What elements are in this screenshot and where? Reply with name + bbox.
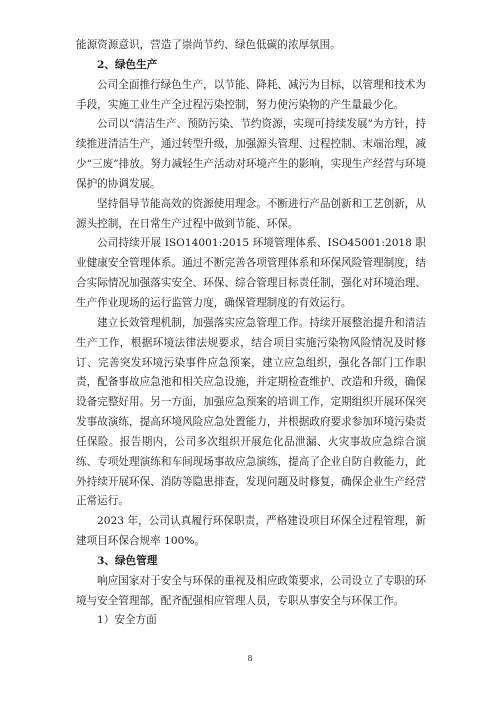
section-heading-green-management: 3、绿色管理: [76, 552, 426, 572]
paragraph-clean-production-policy: 公司以“清洁生产、预防污染、节约资源，实现可持续发展”为方针，持续推进清洁生产，…: [76, 115, 426, 194]
paragraph-2023-compliance: 2023 年，公司认真履行环保职责，严格建设项目环保全过程管理，新建项目环保合规…: [76, 512, 426, 552]
paragraph-safety-department: 响应国家对于安全与环保的重视及相应政策要求，公司设立了专职的环境与安全管理部，配…: [76, 572, 426, 612]
paragraph-iso-management: 公司持续开展 ISO14001:2015 环境管理体系、ISO45001:201…: [76, 234, 426, 313]
document-page: 能源资源意识，营造了崇尚节约、绿色低碳的浓厚氛围。 2、绿色生产 公司全面推行绿…: [76, 36, 426, 631]
paragraph-emergency-management: 建立长效管理机制，加强落实应急管理工作。持续开展整治提升和清洁生产工作，根据环境…: [76, 314, 426, 512]
page-number: 8: [0, 654, 500, 663]
paragraph-energy-efficiency: 坚持倡导节能高效的资源使用理念。不断进行产品创新和工艺创新，从源头控制，在日常生…: [76, 195, 426, 235]
paragraph-green-production-overview: 公司全面推行绿色生产，以节能、降耗、减污为目标，以管理和技术为手段，实施工业生产…: [76, 76, 426, 116]
section-heading-green-production: 2、绿色生产: [76, 56, 426, 76]
subitem-safety-aspect: 1）安全方面: [76, 611, 426, 631]
paragraph-energy-awareness: 能源资源意识，营造了崇尚节约、绿色低碳的浓厚氛围。: [76, 36, 426, 56]
